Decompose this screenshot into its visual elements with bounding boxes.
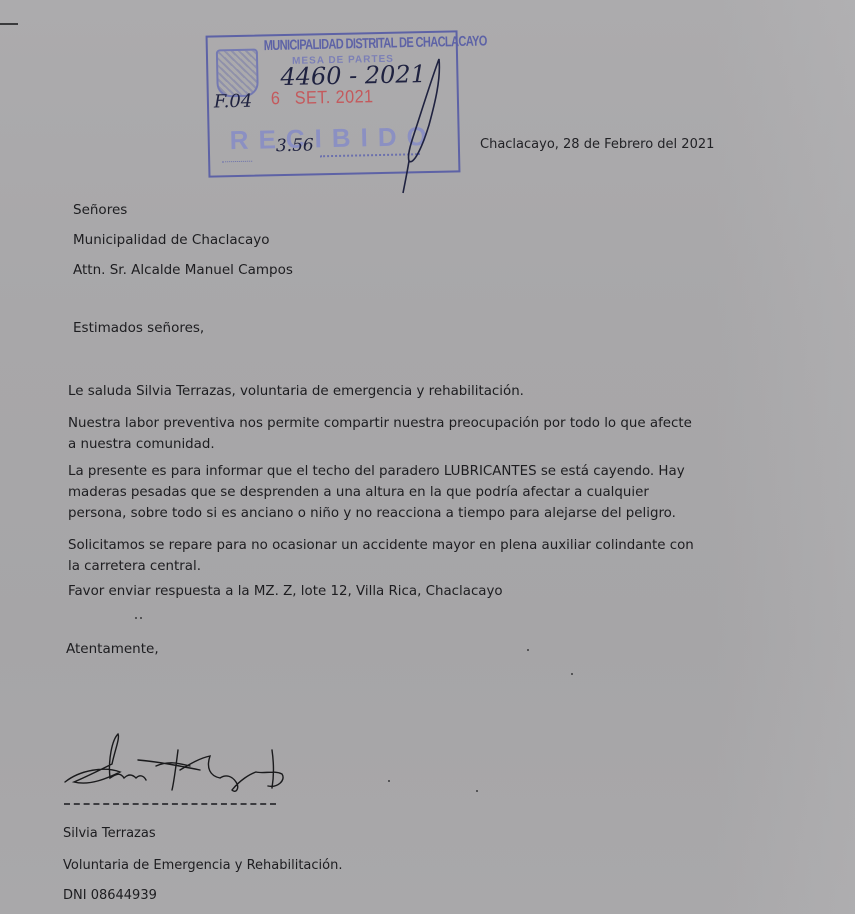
stamp-organization: MUNICIPALIDAD DISTRITAL DE CHACLACAYO — [264, 34, 454, 54]
stamp-date: 6SET. 2021 — [271, 86, 374, 109]
letter-closing: Atentamente, — [66, 641, 159, 657]
recipient-attention: Attn. Sr. Alcalde Manuel Campos — [73, 262, 293, 278]
paragraph-reply-address: Favor enviar respuesta a la MZ. Z, lote … — [68, 581, 698, 602]
page-edge-mark — [0, 23, 18, 25]
signature-line — [64, 803, 276, 805]
stamp-date-day: 6 — [271, 88, 281, 108]
receiver-signature-icon — [395, 55, 445, 195]
letter-greeting: Estimados señores, — [73, 320, 204, 336]
paragraph-introduction: Le saluda Silvia Terrazas, voluntaria de… — [68, 381, 698, 402]
signer-id: DNI 08644939 — [63, 888, 157, 903]
recipient-salutation: Señores — [73, 202, 127, 218]
handwritten-signature-icon — [60, 730, 300, 810]
stamp-time: 3.56 — [276, 135, 314, 156]
paragraph-purpose: Nuestra labor preventiva nos permite com… — [68, 413, 698, 455]
stamp-hour-line — [222, 161, 252, 163]
signer-title: Voluntaria de Emergencia y Rehabilitació… — [63, 858, 342, 873]
stamp-date-month-year: SET. 2021 — [295, 86, 374, 108]
stamp-folio: F.04 — [214, 91, 253, 113]
paragraph-request: Solicitamos se repare para no ocasionar … — [68, 535, 698, 577]
recipient-organization: Municipalidad de Chaclacayo — [73, 232, 270, 248]
letter-place-date: Chaclacayo, 28 de Febrero del 2021 — [480, 137, 714, 152]
paragraph-report: La presente es para informar que el tech… — [68, 461, 698, 524]
signer-name: Silvia Terrazas — [63, 826, 156, 841]
scanned-letter-page: MUNICIPALIDAD DISTRITAL DE CHACLACAYO ME… — [0, 0, 855, 914]
